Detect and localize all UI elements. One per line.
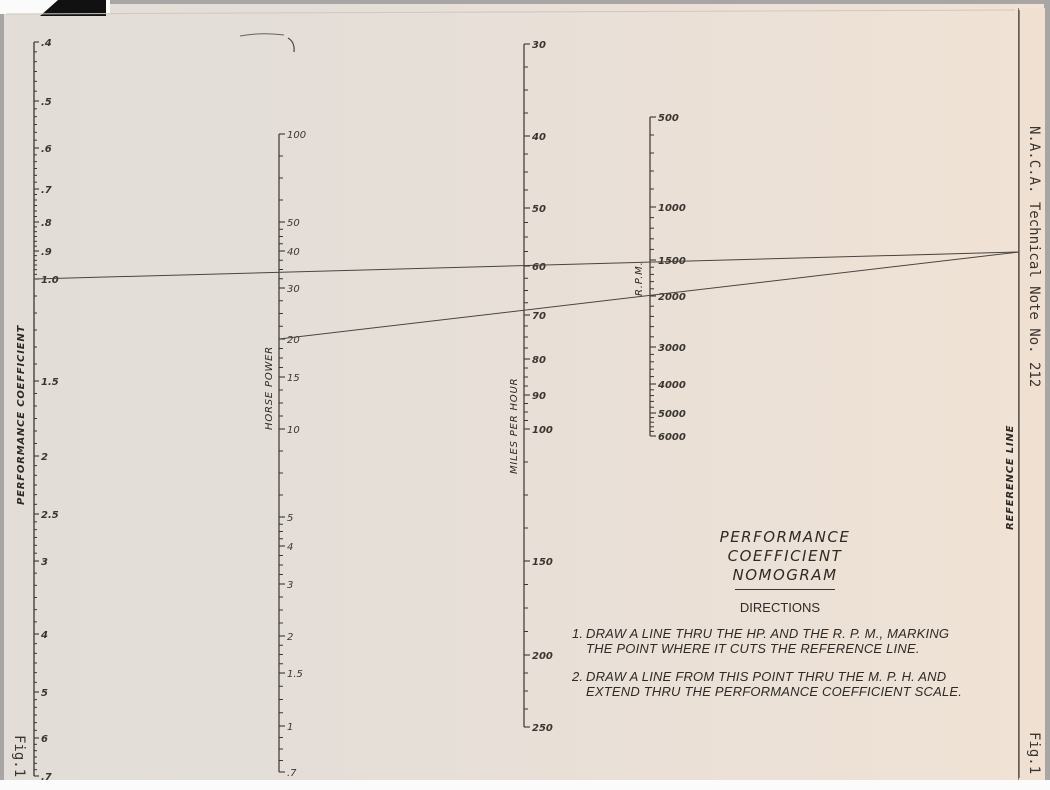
figure-label-right: Fig.1 — [1026, 732, 1042, 774]
performance-coefficient-scale: .4.5.6.7.8.91.01.522.53456.7 PERFORMANCE… — [16, 38, 59, 783]
miles-per-hour-scale: 30405060708090100150200250 MILES PER HOU… — [509, 40, 553, 734]
title-underline — [735, 589, 835, 590]
horse-power-tick-label: 10 — [287, 425, 300, 436]
miles-per-hour-tick-label: 50 — [532, 204, 546, 215]
performance-coefficient-tick-label: 5 — [41, 688, 48, 699]
performance-coefficient-tick-label: 2 — [41, 452, 48, 463]
horse-power-tick-label: .7 — [287, 768, 297, 779]
horse-power-tick-label: 1.5 — [287, 669, 303, 680]
performance-coefficient-tick-label: .8 — [41, 218, 52, 229]
direction-1-line2: THE POINT WHERE IT CUTS THE REFERENCE LI… — [572, 641, 949, 656]
example-line-mph — [34, 252, 1019, 279]
performance-coefficient-tick-label: 2.5 — [41, 510, 59, 521]
horse-power-title: HORSE POWER — [264, 346, 275, 430]
rpm-tick-label: 5000 — [658, 409, 686, 420]
title-line-2: COEFFICIENT — [660, 547, 910, 566]
performance-coefficient-tick-label: 4 — [40, 630, 48, 641]
title-line-3: NOMOGRAM — [660, 566, 910, 585]
direction-2-number: 2. — [572, 669, 586, 684]
miles-per-hour-tick-label: 60 — [532, 262, 546, 273]
direction-2-line1: DRAW A LINE FROM THIS POINT THRU THE M. … — [586, 669, 946, 684]
performance-coefficient-tick-label: .7 — [41, 185, 52, 196]
direction-1-line1: DRAW A LINE THRU THE HP. AND THE R. P. M… — [586, 626, 949, 641]
performance-coefficient-tick-label: .7 — [41, 772, 52, 783]
performance-coefficient-tick-label: .5 — [41, 97, 52, 108]
miles-per-hour-tick-label: 250 — [532, 723, 553, 734]
nomogram-title: PERFORMANCE COEFFICIENT NOMOGRAM — [660, 528, 910, 590]
horse-power-tick-label: 4 — [287, 542, 293, 553]
miles-per-hour-tick-label: 200 — [532, 651, 553, 662]
directions-heading: DIRECTIONS — [700, 600, 860, 615]
performance-coefficient-tick-label: 6 — [41, 734, 48, 745]
miles-per-hour-tick-label: 70 — [532, 311, 546, 322]
rpm-tick-label: 4000 — [657, 380, 686, 391]
rpm-tick-label: 3000 — [658, 343, 686, 354]
margin-header: N.A.C.A. Technical Note No. 212 — [1026, 126, 1042, 387]
performance-coefficient-tick-label: .9 — [41, 247, 52, 258]
horse-power-tick-label: 5 — [287, 513, 293, 524]
rpm-tick-label: 1000 — [658, 203, 686, 214]
rpm-title: R.P.M. — [634, 261, 645, 296]
horse-power-tick-label: 15 — [287, 373, 300, 384]
performance-coefficient-tick-label: 3 — [41, 557, 48, 568]
horse-power-scale: 10050403020151054321.51.7 HORSE POWER — [264, 130, 306, 779]
performance-coefficient-tick-label: .6 — [41, 144, 52, 155]
direction-2: 2.DRAW A LINE FROM THIS POINT THRU THE M… — [572, 669, 962, 699]
horse-power-tick-label: 50 — [287, 218, 300, 229]
horse-power-tick-label: 1 — [287, 722, 293, 733]
direction-1-number: 1. — [572, 626, 586, 641]
figure-label-left: Fig.1 — [11, 735, 27, 777]
rpm-scale: 5001000150020003000400050006000 R.P.M. — [634, 113, 686, 443]
performance-coefficient-tick-label: 1.5 — [41, 377, 59, 388]
example-line-hp-rpm — [279, 252, 1019, 339]
direction-2-line2: EXTEND THRU THE PERFORMANCE COEFFICIENT … — [572, 684, 962, 699]
performance-coefficient-title: PERFORMANCE COEFFICIENT — [16, 324, 27, 505]
horse-power-tick-label: 2 — [287, 632, 293, 643]
miles-per-hour-tick-label: 150 — [532, 557, 553, 568]
horse-power-tick-label: 100 — [287, 130, 306, 141]
miles-per-hour-tick-label: 90 — [532, 391, 546, 402]
direction-1: 1.DRAW A LINE THRU THE HP. AND THE R. P.… — [572, 626, 949, 656]
rpm-tick-label: 6000 — [658, 432, 686, 443]
reference-line-title: REFERENCE LINE — [1005, 425, 1016, 530]
performance-coefficient-tick-label: 1.0 — [41, 275, 59, 286]
rpm-tick-label: 500 — [658, 113, 679, 124]
title-line-1: PERFORMANCE — [660, 528, 910, 547]
miles-per-hour-tick-label: 30 — [532, 40, 546, 51]
horse-power-tick-label: 3 — [287, 580, 293, 591]
horse-power-tick-label: 30 — [287, 284, 300, 295]
miles-per-hour-tick-label: 100 — [532, 425, 553, 436]
miles-per-hour-title: MILES PER HOUR — [509, 378, 520, 474]
performance-coefficient-tick-label: .4 — [41, 38, 52, 49]
reference-line: REFERENCE LINE — [1005, 10, 1019, 778]
miles-per-hour-tick-label: 80 — [532, 355, 546, 366]
miles-per-hour-tick-label: 40 — [531, 132, 546, 143]
horse-power-tick-label: 40 — [287, 247, 300, 258]
